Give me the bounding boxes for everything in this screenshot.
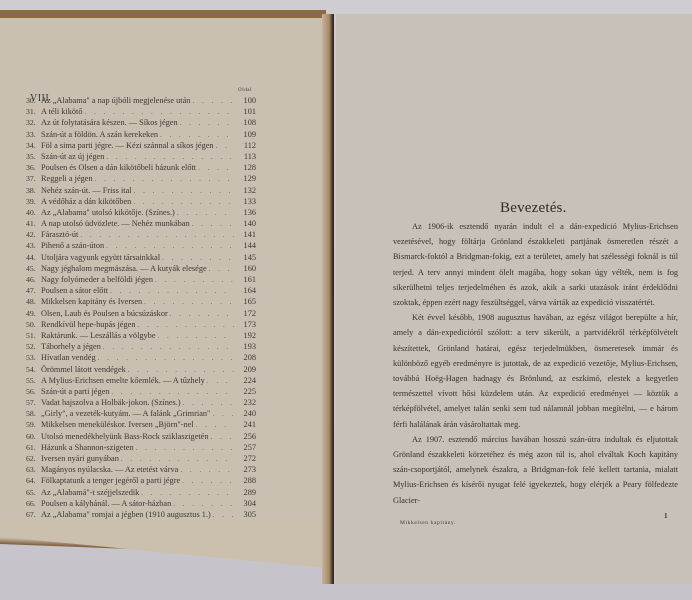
toc-title: Föl a sima parti jégre. — Kézi szánnal a… (41, 141, 214, 150)
toc-num: 62. (26, 454, 41, 463)
toc-title: A téli kikötő (41, 107, 82, 116)
toc-page: 232 (236, 398, 256, 407)
dot-leader (80, 231, 234, 239)
toc-title: Szán-út az új jégen (41, 152, 104, 161)
toc-entry: 50.Rendkívül hepe-hupás jégen173 (26, 320, 256, 331)
toc-title: Örömmel látott vendégek (41, 365, 126, 374)
dot-leader (192, 97, 234, 105)
dot-leader (133, 198, 234, 206)
table-of-contents: 30.Az „Alabama" a nap újbóli megjelenése… (26, 96, 256, 521)
dot-leader (121, 455, 234, 463)
toc-entry: 34.Föl a sima parti jégre. — Kézi szánna… (26, 141, 256, 152)
toc-title: Az „Alabama" romjai a jégben (1910 augus… (41, 510, 211, 519)
toc-num: 36. (26, 163, 41, 172)
toc-title: „Girly", a vezeték-kutyám. — A falánk „G… (41, 409, 210, 418)
toc-num: 41. (26, 219, 41, 228)
dot-leader (162, 254, 234, 262)
paragraph: Az 1907. esztendő március havában hosszú… (393, 432, 678, 508)
toc-page: 165 (236, 297, 256, 306)
body-text: Az 1906-ik esztendő nyarán indult el a d… (393, 219, 678, 508)
toc-title: Táborhely a jégen (41, 342, 101, 351)
toc-num: 38. (26, 186, 41, 195)
toc-entry: 31.A téli kikötő101 (26, 107, 256, 118)
dot-leader (209, 265, 234, 273)
toc-page: 209 (236, 365, 256, 374)
toc-num: 34. (26, 141, 41, 150)
toc-entry: 67.Az „Alabama" romjai a jégben (1910 au… (26, 510, 256, 521)
toc-page: 101 (236, 107, 256, 116)
toc-entry: 60.Utolsó menedékhelyünk Bass-Rock szikl… (26, 432, 256, 443)
toc-entry: 49.Olsen, Laub és Poulsen a búcsúzáskor1… (26, 309, 256, 320)
dot-leader (155, 276, 234, 284)
toc-page: 100 (236, 96, 256, 105)
toc-num: 60. (26, 432, 41, 441)
toc-num: 32. (26, 118, 41, 127)
toc-entry: 46.Nagy folyómeder a belföldi jégen161 (26, 275, 256, 286)
toc-page: 208 (236, 353, 256, 362)
toc-title: Az „Alabamá"-t széjjelszedik (41, 488, 139, 497)
toc-title: Az út folytatására készen. — Síkos jégen (41, 118, 178, 127)
toc-num: 57. (26, 398, 41, 407)
toc-entry: 43.Pihenő a szán-úton144 (26, 241, 256, 252)
toc-entry: 42.Fárasztó-út141 (26, 230, 256, 241)
toc-title: Nehéz szán-út. — Friss ital (41, 186, 132, 195)
toc-num: 37. (26, 174, 41, 183)
toc-entry: 40.Az „Alabama" utolsó kikötője. (Színes… (26, 208, 256, 219)
dot-leader (106, 153, 234, 161)
toc-page: 257 (236, 443, 256, 452)
toc-entry: 39.A védőház a dán kikötőben133 (26, 197, 256, 208)
toc-num: 44. (26, 253, 41, 262)
toc-page: 192 (236, 331, 256, 340)
toc-num: 63. (26, 465, 41, 474)
toc-entry: 63.Magányos nyúlacska. — Az etetést várv… (26, 465, 256, 476)
dot-leader (111, 388, 234, 396)
toc-page: 145 (236, 253, 256, 262)
toc-num: 45. (26, 264, 41, 273)
dot-leader (141, 489, 234, 497)
dot-leader (110, 287, 234, 295)
dot-leader (213, 511, 234, 519)
toc-num: 52. (26, 342, 41, 351)
toc-page: 133 (236, 197, 256, 206)
dot-leader (144, 298, 234, 306)
toc-num: 33. (26, 130, 41, 139)
toc-page: 128 (236, 163, 256, 172)
toc-page: 129 (236, 174, 256, 183)
toc-num: 49. (26, 309, 41, 318)
toc-title: Rendkívül hepe-hupás jégen (41, 320, 135, 329)
toc-page: 289 (236, 488, 256, 497)
chapter-title: Bevezetés. (500, 200, 567, 217)
toc-page: 113 (236, 152, 256, 161)
toc-entry: 52.Táborhely a jégen193 (26, 342, 256, 353)
dot-leader (136, 444, 234, 452)
toc-page: 225 (236, 387, 256, 396)
toc-title: Fölkaptatunk a tenger jegéről a parti jé… (41, 476, 180, 485)
toc-num: 35. (26, 152, 41, 161)
toc-title: Poulsen a sátor előtt (41, 286, 108, 295)
toc-entry: 59.Mikkelsen menekülés­kor. Iversen „Bjö… (26, 420, 256, 431)
toc-title: Nagy folyómeder a belföldi jégen (41, 275, 153, 284)
dot-leader (170, 310, 234, 318)
toc-title: Nagy jéghalom megmászása. — A kutyák ele… (41, 264, 207, 273)
toc-title: A Mylius-Erichsen emelte kőemlék. — A tű… (41, 376, 205, 385)
toc-entry: 61.Házunk a Shannon-szigeten257 (26, 443, 256, 454)
toc-title: Az „Alabama" utolsó kikötője. (Színes.) (41, 208, 175, 217)
dot-leader (134, 187, 234, 195)
toc-num: 58. (26, 409, 41, 418)
toc-title: Iversen nyári gunyában (41, 454, 119, 463)
dot-leader (198, 164, 234, 172)
toc-entry: 64.Fölkaptatunk a tenger jegéről a parti… (26, 476, 256, 487)
dot-leader (158, 332, 234, 340)
toc-num: 67. (26, 510, 41, 519)
dot-leader (177, 209, 234, 217)
toc-page: 140 (236, 219, 256, 228)
toc-title: Reggeli a jégen (41, 174, 93, 183)
dot-leader (98, 354, 234, 362)
toc-entry: 41.A nap utolsó üdvözlete. — Nehéz munká… (26, 219, 256, 230)
dot-leader (160, 131, 234, 139)
dot-leader (182, 477, 234, 485)
toc-title: A nap utolsó üdvözlete. — Nehéz munkában (41, 219, 190, 228)
toc-title: Pihenő a szán-úton (41, 241, 104, 250)
toc-title: Poulsen a kályhánál. — A sátor-házban (41, 499, 171, 508)
page-number-right: 1 (664, 512, 668, 520)
toc-page: 132 (236, 186, 256, 195)
toc-title: Fárasztó-út (41, 230, 78, 239)
toc-num: 46. (26, 275, 41, 284)
toc-entry: 53.Hívatlan vendég208 (26, 353, 256, 364)
toc-entry: 36.Poulsen és Olsen a dán kikötőbeli ház… (26, 163, 256, 174)
toc-num: 42. (26, 230, 41, 239)
toc-num: 39. (26, 197, 41, 206)
toc-entry: 55.A Mylius-Erichsen emelte kőemlék. — A… (26, 376, 256, 387)
toc-entry: 54.Örömmel látott vendégek209 (26, 365, 256, 376)
toc-entry: 48.Mikkelsen kapitány és Iversen165 (26, 297, 256, 308)
toc-num: 50. (26, 320, 41, 329)
toc-num: 54. (26, 365, 41, 374)
toc-page: 288 (236, 476, 256, 485)
toc-page: 136 (236, 208, 256, 217)
toc-num: 51. (26, 331, 41, 340)
toc-page: 305 (236, 510, 256, 519)
toc-page: 112 (236, 141, 256, 150)
toc-page: 224 (236, 376, 256, 385)
toc-entry: 56.Szán-út a parti jégen225 (26, 387, 256, 398)
toc-page: 161 (236, 275, 256, 284)
toc-num: 59. (26, 420, 41, 429)
toc-title: Magányos nyúlacska. — Az etetést várva (41, 465, 178, 474)
toc-entry: 65.Az „Alabamá"-t széjjelszedik289 (26, 488, 256, 499)
toc-title: Szán-út a földön. A szán kerekeken (41, 130, 158, 139)
toc-page: 160 (236, 264, 256, 273)
dot-leader (192, 220, 234, 228)
toc-page: 141 (236, 230, 256, 239)
toc-page: 109 (236, 130, 256, 139)
toc-title: Utolsó menedékhelyünk Bass-Rock sziklasz… (41, 432, 209, 441)
dot-leader (128, 366, 234, 374)
toc-title: Mikkelsen kapitány és Iversen (41, 297, 142, 306)
dot-leader (106, 242, 234, 250)
toc-num: 48. (26, 297, 41, 306)
book-spine (322, 14, 334, 584)
toc-num: 40. (26, 208, 41, 217)
toc-num: 47. (26, 286, 41, 295)
toc-entry: 47.Poulsen a sátor előtt164 (26, 286, 256, 297)
dot-leader (211, 433, 234, 441)
toc-entry: 37.Reggeli a jégen129 (26, 174, 256, 185)
toc-title: Utoljára vagyunk együtt társainkkal (41, 253, 160, 262)
toc-entry: 33.Szán-út a földön. A szán kerekeken109 (26, 130, 256, 141)
toc-page: 172 (236, 309, 256, 318)
toc-entry: 35.Szán-út az új jégen113 (26, 152, 256, 163)
toc-title: Vadat hajszolva a Holbäk-jokon. (Színes.… (41, 398, 181, 407)
toc-entry: 38.Nehéz szán-út. — Friss ital132 (26, 186, 256, 197)
toc-entry: 44.Utoljára vagyunk együtt társainkkal14… (26, 253, 256, 264)
toc-entry: 58.„Girly", a vezeték-kutyám. — A falánk… (26, 409, 256, 420)
dot-leader (173, 500, 234, 508)
toc-num: 53. (26, 353, 41, 362)
dot-leader (212, 410, 234, 418)
dot-leader (180, 466, 234, 474)
toc-title: Olsen, Laub és Poulsen a búcsúzáskor (41, 309, 168, 318)
toc-entry: 57.Vadat hajszolva a Holbäk-jokon. (Szín… (26, 398, 256, 409)
toc-entry: 45.Nagy jéghalom megmászása. — A kutyák … (26, 264, 256, 275)
toc-num: 30. (26, 96, 41, 105)
toc-page: 193 (236, 342, 256, 351)
dot-leader (84, 108, 234, 116)
toc-title: Az „Alabama" a nap újbóli megjelenése ut… (41, 96, 190, 105)
toc-page: 164 (236, 286, 256, 295)
dot-leader (137, 321, 234, 329)
toc-num: 65. (26, 488, 41, 497)
toc-title: Szán-út a parti jégen (41, 387, 109, 396)
paragraph: Az 1906-ik esztendő nyarán indult el a d… (393, 219, 678, 310)
toc-num: 43. (26, 241, 41, 250)
toc-num: 56. (26, 387, 41, 396)
toc-num: 64. (26, 476, 41, 485)
dot-leader (180, 119, 234, 127)
toc-num: 55. (26, 376, 41, 385)
toc-title: Hívatlan vendég (41, 353, 96, 362)
toc-page: 108 (236, 118, 256, 127)
dot-leader (207, 377, 234, 385)
dot-leader (216, 142, 234, 150)
column-header-page: Oldal (238, 88, 252, 93)
toc-entry: 32.Az út folytatására készen. — Síkos jé… (26, 118, 256, 129)
toc-title: A védőház a dán kikötőben (41, 197, 131, 206)
toc-page: 272 (236, 454, 256, 463)
toc-page: 240 (236, 409, 256, 418)
toc-entry: 66.Poulsen a kályhánál. — A sátor-házban… (26, 499, 256, 510)
toc-title: Házunk a Shannon-szigeten (41, 443, 134, 452)
toc-entry: 30.Az „Alabama" a nap újbóli megjelenése… (26, 96, 256, 107)
toc-num: 31. (26, 107, 41, 116)
toc-title: Poulsen és Olsen a dán kikötőbeli házunk… (41, 163, 196, 172)
paragraph: Két évvel később, 1908 augusztus havában… (393, 310, 678, 432)
dot-leader (183, 399, 234, 407)
toc-entry: 62.Iversen nyári gunyában272 (26, 454, 256, 465)
toc-page: 241 (236, 420, 256, 429)
dot-leader (103, 343, 234, 351)
toc-page: 304 (236, 499, 256, 508)
dot-leader (196, 421, 234, 429)
toc-entry: 51.Raktárunk. — Leszállás a völgybe192 (26, 331, 256, 342)
toc-page: 173 (236, 320, 256, 329)
toc-title: Mikkelsen menekülés­kor. Iversen „Björn"… (41, 420, 194, 429)
toc-page: 144 (236, 241, 256, 250)
toc-num: 61. (26, 443, 41, 452)
toc-page: 256 (236, 432, 256, 441)
toc-num: 66. (26, 499, 41, 508)
dot-leader (95, 175, 234, 183)
toc-title: Raktárunk. — Leszállás a völgybe (41, 331, 156, 340)
toc-page: 273 (236, 465, 256, 474)
footer-signature: Mikkelsen kapitány. (400, 520, 456, 526)
